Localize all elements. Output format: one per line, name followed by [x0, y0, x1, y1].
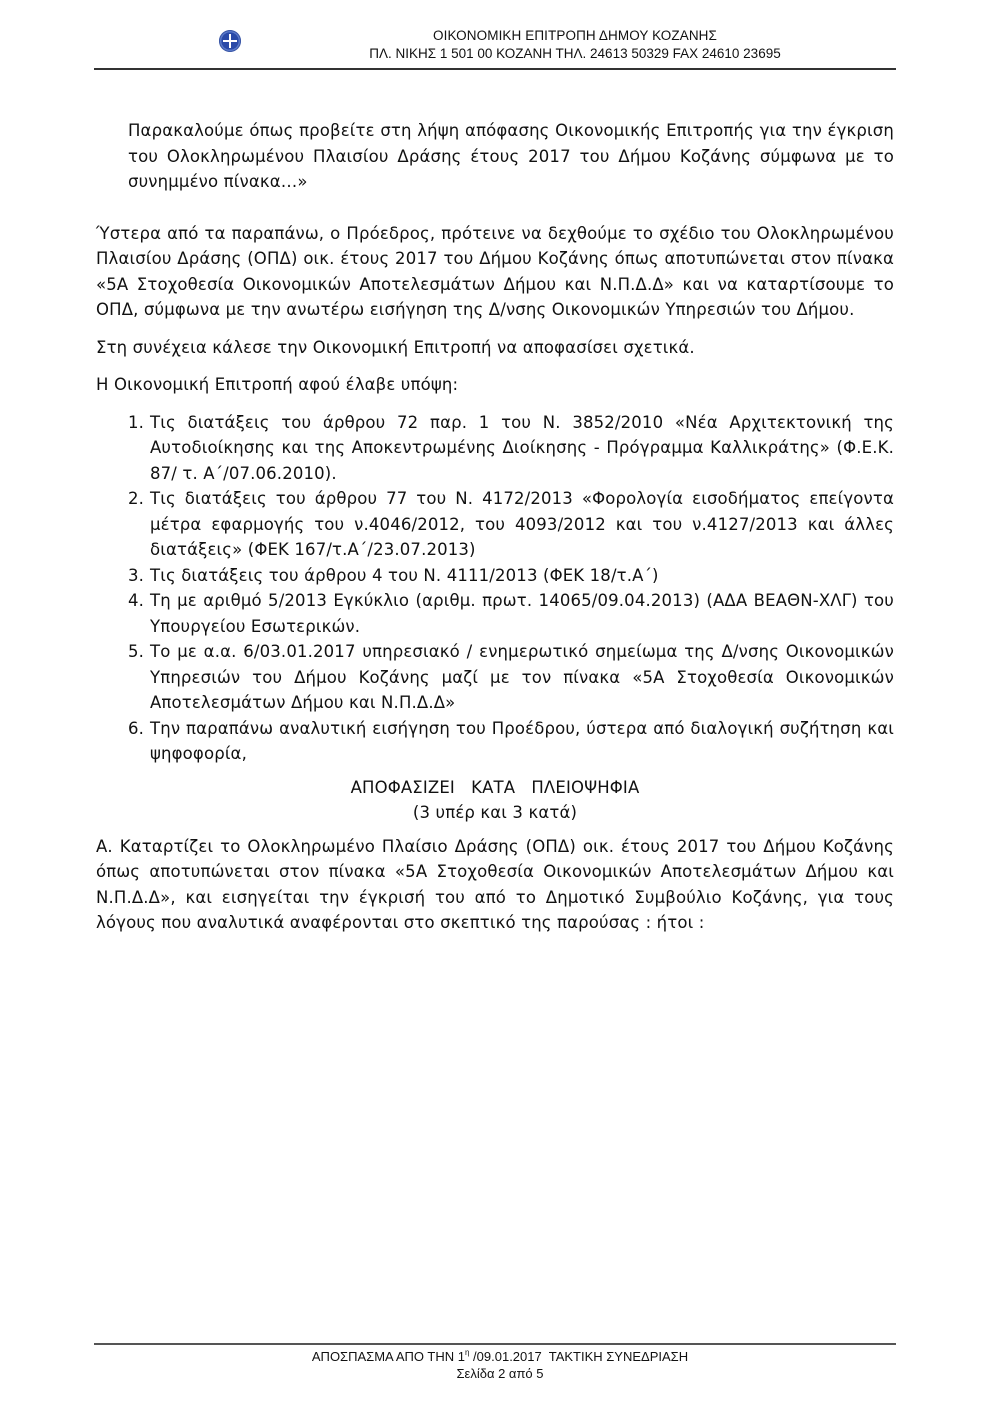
proposal-paragraph: Ύστερα από τα παραπάνω, ο Πρόεδρος, πρότ…: [96, 221, 894, 323]
decision-heading: ΑΠΟΦΑΣΙΖΕΙ ΚΑΤΑ ΠΛΕΙΟΨΗΦΙΑ: [96, 775, 894, 801]
quote-paragraph: Παρακαλούμε όπως προβείτε στη λήψη απόφα…: [96, 118, 894, 195]
list-item: 2.Τις διατάξεις του άρθρου 77 του Ν. 417…: [128, 486, 894, 563]
list-text: Τις διατάξεις του άρθρου 77 του Ν. 4172/…: [150, 489, 894, 559]
list-text: Τη με αριθμό 5/2013 Εγκύκλιο (αριθμ. πρω…: [150, 591, 894, 636]
header-divider: [94, 68, 896, 70]
vote-count: (3 υπέρ και 3 κατά): [96, 800, 894, 826]
list-number: 2.: [128, 486, 144, 512]
list-item: 6.Την παραπάνω αναλυτική εισήγηση του Πρ…: [128, 716, 894, 767]
call-paragraph: Στη συνέχεια κάλεσε την Οικονομική Επιτρ…: [96, 335, 894, 361]
decision-paragraph: Α. Καταρτίζει το Ολοκληρωμένο Πλαίσιο Δρ…: [96, 834, 894, 936]
list-text: Την παραπάνω αναλυτική εισήγηση του Προέ…: [150, 719, 894, 764]
footer-extract-suffix: /09.01.2017 ΤΑΚΤΙΚΗ ΣΥΝΕΔΡΙΑΣΗ: [469, 1349, 688, 1364]
considered-paragraph: Η Οικονομική Επιτροπή αφού έλαβε υπόψη:: [96, 372, 894, 398]
page-number: Σελίδα 2 από 5: [0, 1366, 1000, 1381]
list-number: 1.: [128, 410, 144, 436]
header-address: ΠΛ. ΝΙΚΗΣ 1 501 00 ΚΟΖΑΝΗ ΤΗΛ. 24613 503…: [94, 46, 896, 61]
list-item: 3.Τις διατάξεις του άρθρου 4 του Ν. 4111…: [128, 563, 894, 589]
list-item: 1.Τις διατάξεις του άρθρου 72 παρ. 1 του…: [128, 410, 894, 487]
header-title: ΟΙΚΟΝΟΜΙΚΗ ΕΠΙΤΡΟΠΗ ΔΗΜΟΥ ΚΟΖΑΝΗΣ: [94, 28, 896, 43]
list-number: 3.: [128, 563, 144, 589]
list-number: 6.: [128, 716, 144, 742]
list-text: Τις διατάξεις του άρθρου 72 παρ. 1 του Ν…: [150, 413, 894, 483]
document-body: Παρακαλούμε όπως προβείτε στη λήψη απόφα…: [96, 118, 894, 936]
list-text: Το με α.α. 6/03.01.2017 υπηρεσιακό / ενη…: [150, 642, 894, 712]
list-text: Τις διατάξεις του άρθρου 4 του Ν. 4111/2…: [150, 566, 659, 585]
footer-extract-label: ΑΠΟΣΠΑΣΜΑ ΑΠΟ ΤΗΝ 1η /09.01.2017 ΤΑΚΤΙΚΗ…: [0, 1348, 1000, 1364]
list-number: 4.: [128, 588, 144, 614]
list-item: 4.Τη με αριθμό 5/2013 Εγκύκλιο (αριθμ. π…: [128, 588, 894, 639]
considerations-list: 1.Τις διατάξεις του άρθρου 72 παρ. 1 του…: [96, 410, 894, 767]
list-item: 5.Το με α.α. 6/03.01.2017 υπηρεσιακό / ε…: [128, 639, 894, 716]
list-number: 5.: [128, 639, 144, 665]
page-header: ΟΙΚΟΝΟΜΙΚΗ ΕΠΙΤΡΟΠΗ ΔΗΜΟΥ ΚΟΖΑΝΗΣ ΠΛ. ΝΙ…: [94, 24, 896, 70]
footer-extract-prefix: ΑΠΟΣΠΑΣΜΑ ΑΠΟ ΤΗΝ 1: [312, 1349, 465, 1364]
footer-divider: [94, 1343, 896, 1345]
